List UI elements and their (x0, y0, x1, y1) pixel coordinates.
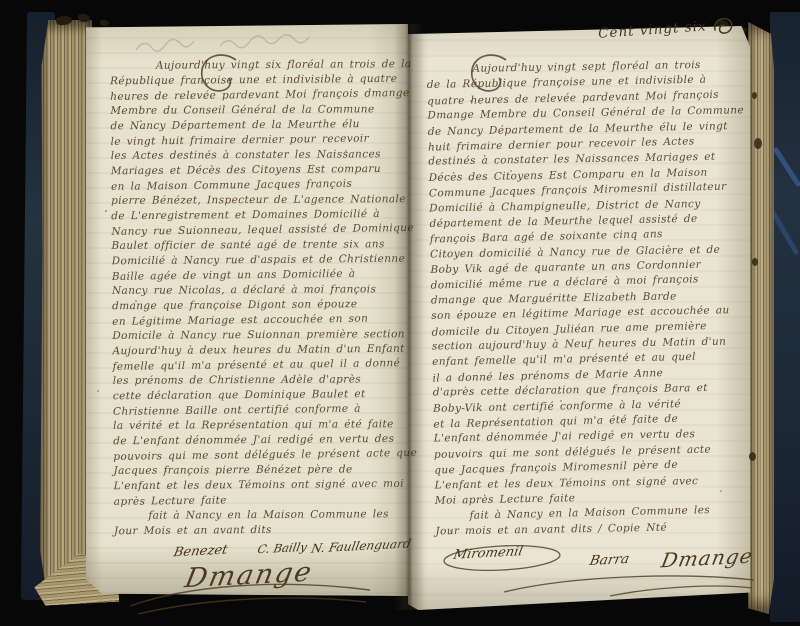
manuscript-line: Baulet officier de santé agé de trente s… (111, 237, 405, 254)
manuscript-line: pierre Bénézet, Inspecteur de L'agence N… (111, 192, 405, 209)
manuscript-line: Aujourd'huy vingt six floréal an trois d… (110, 57, 404, 74)
page-corner-tip (100, 20, 109, 26)
signature-registrar-left: Dmange (182, 557, 316, 595)
edge-blotch (752, 258, 758, 266)
manuscript-line: fait à Nancy en la Maison Commune les (114, 507, 408, 524)
manuscript-line: la vérité et la Représentation qui m'a é… (113, 417, 407, 434)
signature-miromenil: Miromenil (452, 544, 524, 563)
page-stack-right (748, 22, 774, 614)
paper-speck (105, 210, 107, 212)
left-page-signature-block: Benezet C. Bailly N. Faullenguard Dmange (150, 538, 416, 618)
right-page-signature-block: Miromenil Barra Dmange (440, 540, 770, 620)
manuscript-line: Nancy rue Nicolas, a déclaré à moi franç… (112, 282, 406, 299)
signature-barra: Barra (588, 551, 631, 569)
right-page-manuscript-text: Aujourd'huy vingt sept floréal an troisd… (426, 57, 741, 540)
edge-blotch (754, 138, 762, 149)
paraph-flourish-icon (710, 13, 737, 37)
manuscript-line: Jour Mois et an avant dits (114, 522, 408, 540)
manuscript-line: Domicile à Nancy rue Suionnan première s… (112, 327, 406, 344)
signature-witness: N. Faullenguard (310, 536, 412, 555)
edge-blotch (749, 452, 756, 461)
signature-bailly: C. Bailly (256, 540, 308, 557)
manuscript-line: les Actes destinés à constater les Naiss… (111, 147, 405, 164)
manuscript-line: Membre du Conseil Général de la Commune (110, 102, 404, 119)
page-stack-left (40, 20, 92, 602)
signature-registrar-right: Dmange (659, 544, 755, 573)
page-corner-tip (78, 13, 91, 22)
book-cover-right-edge (770, 12, 800, 622)
manuscript-line: Jacques françois pierre Bénézet père de (113, 462, 407, 479)
edge-blotch (752, 92, 757, 99)
manuscript-line: les prénoms de Christienne Adèle d'après (113, 372, 407, 389)
signature-benezet: Benezet (172, 543, 229, 561)
folio-annotation-text: Cent vingt six (598, 18, 707, 42)
signature-flourish (500, 568, 760, 598)
manuscript-book-photo: Cent vingt six Aujourd'huy vingt six flo… (0, 0, 800, 626)
left-page-manuscript-text: Aujourd'huy vingt six floréal an trois d… (110, 57, 408, 540)
binding-cord (770, 12, 800, 622)
